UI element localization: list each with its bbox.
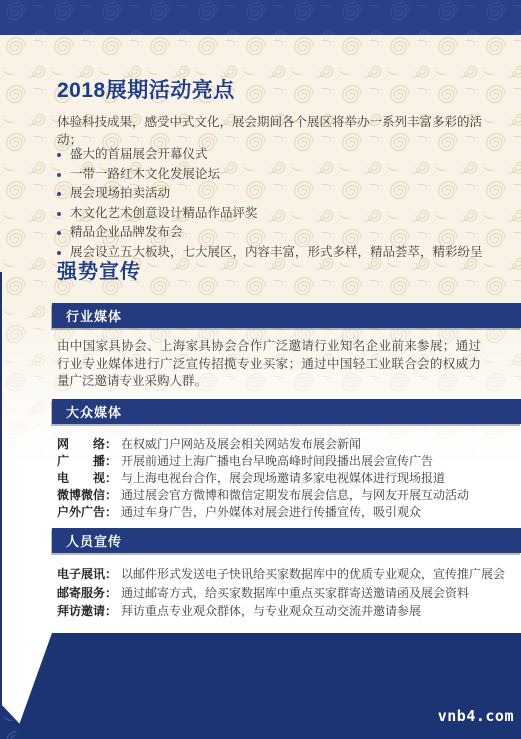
band-swirl-pattern — [0, 0, 521, 35]
media-row: 户外广告： 通过车身广告，户外媒体对展会进行传播宣传，吸引观众 — [57, 504, 509, 521]
media-row-text: 在权威门户网站及展会相关网站发布展会新闻 — [121, 436, 361, 453]
personnel-row-label: 电子展讯： — [57, 565, 117, 584]
promotion-title: 强势宣传 — [57, 255, 141, 284]
top-decorative-band — [0, 0, 521, 35]
footer: vnb4.com — [0, 633, 521, 739]
personnel-row-label: 拜访邀请： — [57, 602, 117, 621]
intro-text: 体验科技成果，感受中式文化，展会期间各个展区将举办一系列丰富多彩的活动； — [57, 112, 497, 148]
media-row-text: 开展前通过上海广播电台早晚高峰时间段播出展会宣传广告 — [121, 453, 433, 470]
section-banner-industry-media: 行业媒体 — [52, 303, 521, 328]
media-row: 电 视： 与上海电视台合作，展会现场邀请多家电视媒体进行现场报道 — [57, 470, 509, 487]
media-row: 微博微信： 通过展会官方微博和微信定期发布展会信息，与网友开展互动活动 — [57, 487, 509, 504]
highlight-item: 盛大的首届展会开幕仪式 — [57, 145, 497, 165]
media-row-text: 与上海电视台合作，展会现场邀请多家电视媒体进行现场报道 — [121, 470, 445, 487]
media-row-label: 电 视： — [57, 470, 117, 487]
media-row-label: 网 络： — [57, 436, 117, 453]
banner-label: 大众媒体 — [66, 402, 122, 421]
media-row-text: 通过展会官方微博和微信定期发布展会信息，与网友开展互动活动 — [121, 487, 469, 504]
media-row-label: 户外广告： — [57, 504, 117, 521]
section-banner-mass-media: 大众媒体 — [52, 399, 521, 424]
personnel-row-text: 通过邮寄方式，给买家数据库中重点买家群寄送邀请函及展会资料 — [121, 584, 469, 603]
flyer-page: 2018展期活动亮点 体验科技成果，感受中式文化，展会期间各个展区将举办一系列丰… — [0, 0, 521, 739]
personnel-list: 电子展讯： 以邮件形式发送电子快讯给买家数据库中的优质专业观众，宣传推广展会 邮… — [57, 565, 509, 621]
media-row-label: 微博微信： — [57, 487, 117, 504]
banner-label: 行业媒体 — [66, 306, 122, 325]
section-banner-personnel: 人员宣传 — [52, 528, 521, 553]
media-row: 网 络： 在权威门户网站及展会相关网站发布展会新闻 — [57, 436, 509, 453]
highlight-item: 精品企业品牌发布会 — [57, 223, 497, 243]
industry-media-paragraph: 由中国家具协会、上海家具协会合作广泛邀请行业知名企业前来参展；通过行业专业媒体进… — [57, 338, 481, 391]
mass-media-list: 网 络： 在权威门户网站及展会相关网站发布展会新闻 广 播： 开展前通过上海广播… — [57, 436, 509, 521]
personnel-row: 邮寄服务： 通过邮寄方式，给买家数据库中重点买家群寄送邀请函及展会资料 — [57, 584, 509, 603]
media-row-label: 广 播： — [57, 453, 117, 470]
media-row: 广 播： 开展前通过上海广播电台早晚高峰时间段播出展会宣传广告 — [57, 453, 509, 470]
personnel-row: 电子展讯： 以邮件形式发送电子快讯给买家数据库中的优质专业观众，宣传推广展会 — [57, 565, 509, 584]
media-row-text: 通过车身广告，户外媒体对展会进行传播宣传，吸引观众 — [121, 504, 421, 521]
highlight-list: 盛大的首届展会开幕仪式 一带一路红木文化发展论坛 展会现场拍卖活动 木文化艺术创… — [57, 145, 497, 262]
banner-label: 人员宣传 — [66, 531, 122, 550]
personnel-row-label: 邮寄服务： — [57, 584, 117, 603]
personnel-row: 拜访邀请： 拜访重点专业观众群体，与专业观众互动交流并邀请参展 — [57, 602, 509, 621]
personnel-row-text: 以邮件形式发送电子快讯给买家数据库中的优质专业观众，宣传推广展会 — [121, 565, 505, 584]
highlight-item: 展会现场拍卖活动 — [57, 184, 497, 204]
highlight-item: 木文化艺术创意设计精品作品评奖 — [57, 204, 497, 224]
personnel-row-text: 拜访重点专业观众群体，与专业观众互动交流并邀请参展 — [121, 602, 421, 621]
page-title: 2018展期活动亮点 — [57, 74, 235, 104]
watermark-text: vnb4.com — [438, 707, 514, 725]
highlight-item: 一带一路红木文化发展论坛 — [57, 165, 497, 185]
